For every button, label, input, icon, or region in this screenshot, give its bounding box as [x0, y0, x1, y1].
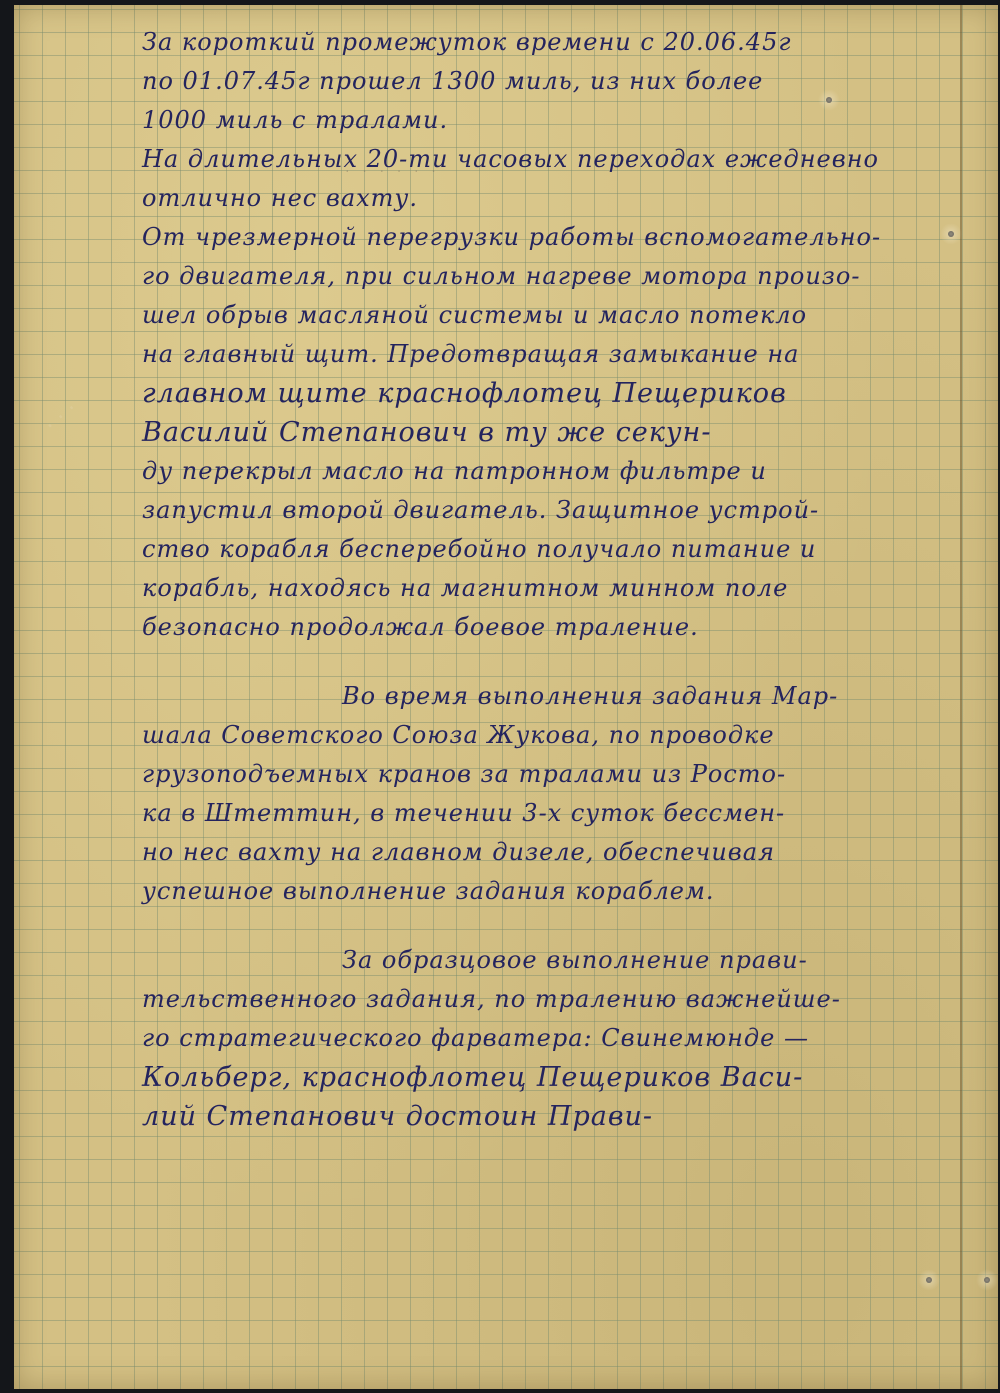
watermark: · · · [40, 397, 83, 439]
text-line: лий Степанович достоин Прави- [142, 1097, 902, 1136]
paper-hole [948, 231, 954, 237]
text-line: главном щите краснофлотец Пещериков [142, 374, 902, 413]
paper-hole [984, 1277, 990, 1283]
document-page: · · · · · · · · · За короткий промежуток… [14, 5, 998, 1389]
handwritten-text: За короткий промежуток времени с 20.06.4… [142, 23, 902, 1136]
text-line: на главный щит. Предотвращая замыкание н… [142, 335, 902, 374]
text-line: От чрезмерной перегрузки работы вспомога… [142, 218, 902, 257]
text-line: отлично нес вахту. [142, 179, 902, 218]
text-line: грузоподъемных кранов за тралами из Рост… [142, 755, 902, 794]
text-line: го двигателя, при сильном нагреве мотора… [142, 257, 902, 296]
text-line: За образцовое выполнение прави- [142, 941, 902, 980]
text-line: безопасно продолжал боевое траление. [142, 608, 902, 647]
text-line: запустил второй двигатель. Защитное устр… [142, 491, 902, 530]
text-line: по 01.07.45г прошел 1300 миль, из них бо… [142, 62, 902, 101]
text-line: но нес вахту на главном дизеле, обеспечи… [142, 833, 902, 872]
text-line: 1000 миль с тралами. [142, 101, 902, 140]
text-line: За короткий промежуток времени с 20.06.4… [142, 23, 902, 62]
fold-line [960, 5, 962, 1389]
text-line: ду перекрыл масло на патронном фильтре и [142, 452, 902, 491]
text-line: тельственного задания, по тралению важне… [142, 980, 902, 1019]
text-line: шел обрыв масляной системы и масло потек… [142, 296, 902, 335]
paper-hole [926, 1277, 932, 1283]
text-line: Василий Степанович в ту же секун- [142, 413, 902, 452]
text-line: шала Советского Союза Жукова, по проводк… [142, 716, 902, 755]
text-line: го стратегического фарватера: Свинемюнде… [142, 1019, 902, 1058]
text-line: Во время выполнения задания Мар- [142, 677, 902, 716]
text-line: Кольберг, краснофлотец Пещериков Васи- [142, 1058, 902, 1097]
text-line: ка в Штеттин, в течении 3-х суток бессме… [142, 794, 902, 833]
text-line: На длительных 20-ти часовых переходах еж… [142, 140, 902, 179]
text-line: корабль, находясь на магнитном минном по… [142, 569, 902, 608]
text-line: ство корабля бесперебойно получало питан… [142, 530, 902, 569]
text-line: успешное выполнение задания кораблем. [142, 872, 902, 911]
